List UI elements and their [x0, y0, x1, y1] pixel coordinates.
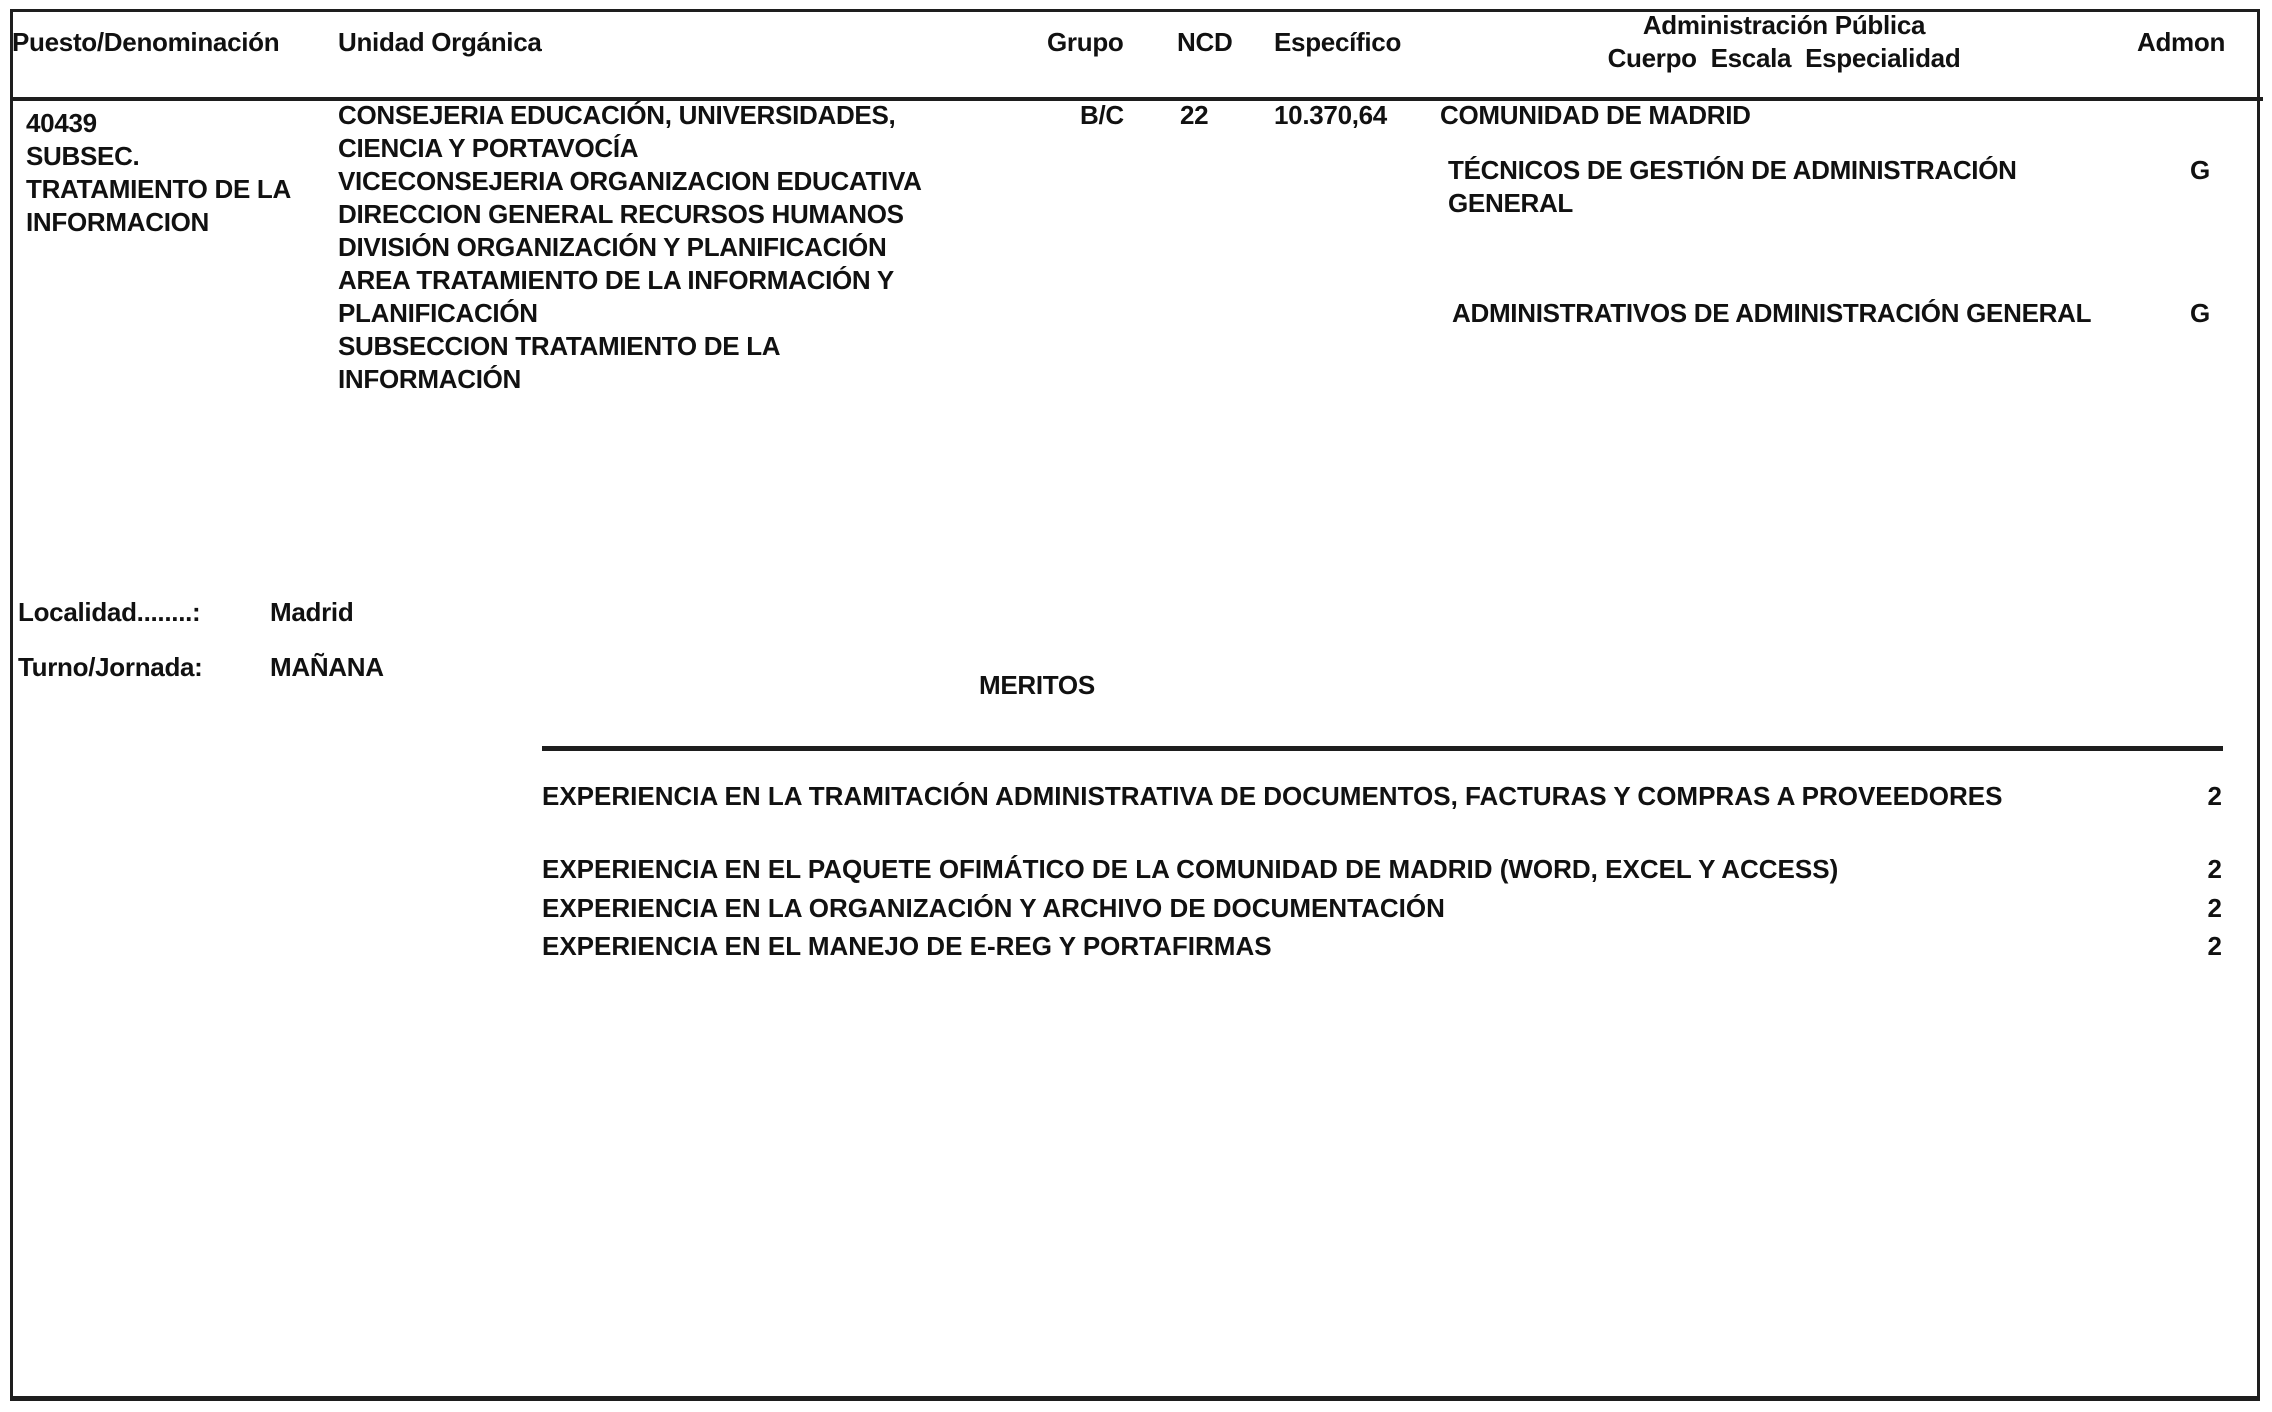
- cuerpo-line: GENERAL: [1448, 187, 2017, 220]
- especifico-value: 10.370,64: [1274, 99, 1387, 132]
- merito-text: EXPERIENCIA EN LA TRAMITACIÓN ADMINISTRA…: [542, 780, 2102, 813]
- header-especifico: Específico: [1274, 26, 1401, 59]
- merito-item: EXPERIENCIA EN EL PAQUETE OFIMÁTICO DE L…: [542, 853, 2222, 886]
- cuerpo-2: ADMINISTRATIVOS DE ADMINISTRACIÓN GENERA…: [1452, 297, 2091, 330]
- unidad-line: SUBSECCION TRATAMIENTO DE LA: [338, 330, 922, 363]
- merito-item: EXPERIENCIA EN EL MANEJO DE E-REG Y PORT…: [542, 930, 2222, 963]
- header-grupo: Grupo: [1047, 26, 1124, 59]
- merito-score: 2: [2208, 780, 2222, 813]
- unidad-line: CIENCIA Y PORTAVOCÍA: [338, 132, 922, 165]
- turno-value: MAÑANA: [270, 651, 384, 684]
- puesto-cell: 40439SUBSEC.TRATAMIENTO DE LAINFORMACION: [26, 107, 291, 239]
- puesto-line: 40439: [26, 107, 291, 140]
- cuerpo-line: TÉCNICOS DE GESTIÓN DE ADMINISTRACIÓN: [1448, 154, 2017, 187]
- unidad-line: AREA TRATAMIENTO DE LA INFORMACIÓN Y: [338, 264, 922, 297]
- grupo-value: B/C: [1080, 99, 1124, 132]
- cuerpo-2-admon: G: [2190, 297, 2210, 330]
- unidad-line: INFORMACIÓN: [338, 363, 922, 396]
- administracion-value: COMUNIDAD DE MADRID: [1440, 99, 1751, 132]
- merito-item: EXPERIENCIA EN LA ORGANIZACIÓN Y ARCHIVO…: [542, 892, 2222, 925]
- cuerpo-1: TÉCNICOS DE GESTIÓN DE ADMINISTRACIÓNGEN…: [1448, 154, 2017, 220]
- merito-score: 2: [2208, 853, 2222, 886]
- header-cuerpo-escala: Cuerpo Escala Especialidad: [1584, 42, 1984, 75]
- merito-text: EXPERIENCIA EN EL PAQUETE OFIMÁTICO DE L…: [542, 853, 2102, 886]
- header-ncd: NCD: [1177, 26, 1232, 59]
- unidad-line: PLANIFICACIÓN: [338, 297, 922, 330]
- turno-label: Turno/Jornada:: [18, 651, 203, 684]
- ncd-value: 22: [1180, 99, 1208, 132]
- unidad-line: DIVISIÓN ORGANIZACIÓN Y PLANIFICACIÓN: [338, 231, 922, 264]
- unidad-cell: CONSEJERIA EDUCACIÓN, UNIVERSIDADES,CIEN…: [338, 99, 922, 396]
- puesto-line: SUBSEC.: [26, 140, 291, 173]
- unidad-line: DIRECCION GENERAL RECURSOS HUMANOS: [338, 198, 922, 231]
- cuerpo-1-admon: G: [2190, 154, 2210, 187]
- cuerpo-line: ADMINISTRATIVOS DE ADMINISTRACIÓN GENERA…: [1452, 297, 2091, 330]
- merito-item: EXPERIENCIA EN LA TRAMITACIÓN ADMINISTRA…: [542, 780, 2222, 813]
- puesto-line: TRATAMIENTO DE LA: [26, 173, 291, 206]
- meritos-divider: [542, 746, 2223, 751]
- merito-text: EXPERIENCIA EN EL MANEJO DE E-REG Y PORT…: [542, 930, 2102, 963]
- header-unidad: Unidad Orgánica: [338, 26, 542, 59]
- unidad-line: CONSEJERIA EDUCACIÓN, UNIVERSIDADES,: [338, 99, 922, 132]
- puesto-line: INFORMACION: [26, 206, 291, 239]
- header-admon: Admon: [2137, 26, 2225, 59]
- unidad-line: VICECONSEJERIA ORGANIZACION EDUCATIVA: [338, 165, 922, 198]
- localidad-label: Localidad........:: [18, 596, 200, 629]
- header-admin-publica: Administración Pública: [1584, 9, 1984, 42]
- merito-text: EXPERIENCIA EN LA ORGANIZACIÓN Y ARCHIVO…: [542, 892, 2102, 925]
- header-puesto: Puesto/Denominación: [12, 26, 279, 59]
- merito-score: 2: [2208, 930, 2222, 963]
- localidad-value: Madrid: [270, 596, 353, 629]
- merito-score: 2: [2208, 892, 2222, 925]
- meritos-title: MERITOS: [979, 669, 1095, 702]
